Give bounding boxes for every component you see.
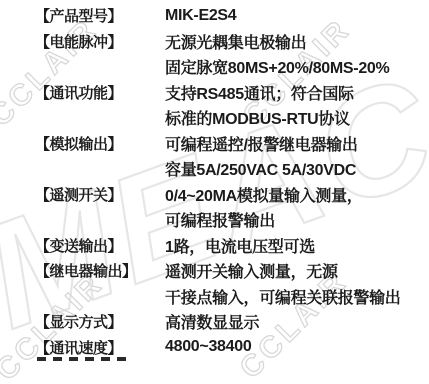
spec-label: 【通讯功能】 (35, 82, 165, 103)
spec-line: 标准的MODBUS-RTU协议 (35, 105, 401, 131)
spec-value-line: 4800~38400 (165, 338, 251, 356)
spec-value-line: 0/4~20MA模拟量输入测量， (165, 183, 362, 206)
spec-line: 【电能脉冲】无源光耦集电极输出 (35, 29, 401, 55)
spec-list: 【产品型号】MIK-E2S4【电能脉冲】无源光耦集电极输出固定脉宽80MS+20… (35, 3, 401, 360)
spec-label: 【变送输出】 (35, 235, 165, 256)
spec-value-line: 可编程报警输出 (165, 208, 275, 231)
spec-line: 【模拟输出】可编程遥控/报警继电器输出 (35, 131, 401, 157)
spec-line: 干接点输入，可编程关联报警输出 (35, 284, 401, 310)
spec-line: 【遥测开关】0/4~20MA模拟量输入测量， (35, 182, 401, 208)
cropped-text-artifact (37, 357, 133, 361)
spec-value-line: 高清数显显示 (165, 310, 259, 333)
spec-value-line: 遥测开关输入测量，无源 (165, 259, 338, 282)
spec-value-line: 容量5A/250VAC 5A/30VDC (165, 157, 356, 180)
spec-value-line: 无源光耦集电极输出 (165, 30, 306, 53)
spec-value-line: 固定脉宽80MS+20%/80MS-20% (165, 55, 389, 78)
spec-line: 【变送输出】1路，电流电压型可选 (35, 233, 401, 259)
spec-line: 【通讯功能】支持RS485通讯；符合国际 (35, 80, 401, 106)
spec-label: 【模拟输出】 (35, 133, 165, 154)
spec-line: 【显示方式】高清数显显示 (35, 309, 401, 335)
spec-label: 【遥测开关】 (35, 184, 165, 205)
spec-line: 固定脉宽80MS+20%/80MS-20% (35, 54, 401, 80)
spec-value-line: MIK-E2S4 (165, 7, 236, 25)
spec-label: 【继电器输出】 (35, 260, 165, 281)
spec-line: 【产品型号】MIK-E2S4 (35, 3, 401, 29)
spec-label: 【通讯速度】 (35, 337, 165, 358)
spec-value-line: 1路，电流电压型可选 (165, 234, 315, 257)
spec-value-line: 支持RS485通讯；符合国际 (165, 81, 354, 104)
spec-line: 【继电器输出】遥测开关输入测量，无源 (35, 258, 401, 284)
spec-value-line: 标准的MODBUS-RTU协议 (165, 106, 350, 129)
spec-value-line: 干接点输入，可编程关联报警输出 (165, 285, 401, 308)
spec-label: 【显示方式】 (35, 311, 165, 332)
spec-line: 可编程报警输出 (35, 207, 401, 233)
spec-value-line: 可编程遥控/报警继电器输出 (165, 132, 358, 155)
spec-line: 容量5A/250VAC 5A/30VDC (35, 156, 401, 182)
spec-label: 【电能脉冲】 (35, 31, 165, 52)
spec-label: 【产品型号】 (35, 5, 165, 26)
product-spec-sheet: MEACON CCLAIR CCLAIR CCLAIR CCLAIR 【产品型号… (0, 0, 429, 384)
